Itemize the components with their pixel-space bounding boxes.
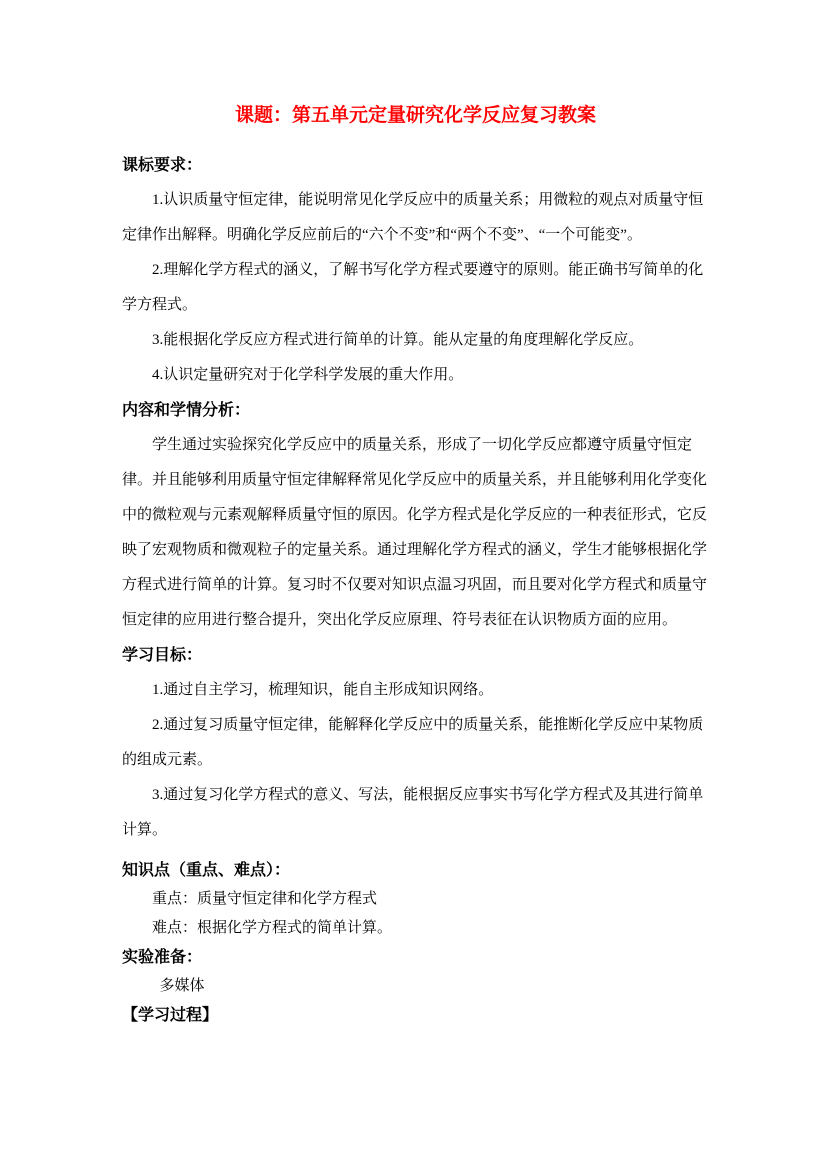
section-content-analysis: 内容和学情分析： 学生通过实验探究化学反应中的质量关系，形成了一切化学反应都遵守…: [122, 393, 709, 638]
paragraph-content-analysis: 学生通过实验探究化学反应中的质量关系，形成了一切化学反应都遵守质量守恒定律。并且…: [122, 428, 709, 638]
experiment-prep-item: 多媒体: [122, 972, 709, 1001]
section-learning-goals: 学习目标： 1.通过自主学习，梳理知识，能自主形成知识网络。 2.通过复习质量守…: [122, 638, 709, 848]
section-heading-content-analysis: 内容和学情分析：: [122, 393, 709, 428]
section-heading-learning-goals: 学习目标：: [122, 638, 709, 673]
section-experiment-prep: 实验准备： 多媒体: [122, 943, 709, 1001]
section-key-points: 知识点（重点、难点）： 重点：质量守恒定律和化学方程式 难点：根据化学方程式的简…: [122, 856, 709, 943]
section-heading-course-standards: 课标要求：: [122, 148, 709, 183]
paragraph-goal-3: 3.通过复习化学方程式的意义、写法，能根据反应事实书写化学方程式及其进行简单计算…: [122, 778, 709, 848]
section-learning-process: 【学习过程】: [122, 1001, 709, 1030]
key-point-difficulty: 难点：根据化学方程式的简单计算。: [122, 914, 709, 943]
paragraph-standard-3: 3.能根据化学反应方程式进行简单的计算。能从定量的角度理解化学反应。: [122, 323, 709, 358]
paragraph-goal-1: 1.通过自主学习，梳理知识，能自主形成知识网络。: [122, 673, 709, 708]
paragraph-goal-2: 2.通过复习质量守恒定律，能解释化学反应中的质量关系，能推断化学反应中某物质的组…: [122, 708, 709, 778]
document-page: 课题：第五单元定量研究化学反应复习教案 课标要求： 1.认识质量守恒定律，能说明…: [0, 0, 827, 1170]
section-heading-experiment-prep: 实验准备：: [122, 943, 709, 972]
document-title: 课题：第五单元定量研究化学反应复习教案: [122, 102, 709, 130]
key-point-emphasis: 重点：质量守恒定律和化学方程式: [122, 885, 709, 914]
paragraph-standard-2: 2.理解化学方程式的涵义，了解书写化学方程式要遵守的原则。能正确书写简单的化学方…: [122, 253, 709, 323]
section-heading-learning-process: 【学习过程】: [122, 1001, 709, 1030]
section-course-standards: 课标要求： 1.认识质量守恒定律，能说明常见化学反应中的质量关系；用微粒的观点对…: [122, 148, 709, 393]
paragraph-standard-1: 1.认识质量守恒定律，能说明常见化学反应中的质量关系；用微粒的观点对质量守恒定律…: [122, 183, 709, 253]
section-heading-key-points: 知识点（重点、难点）：: [122, 856, 709, 885]
paragraph-standard-4: 4.认识定量研究对于化学科学发展的重大作用。: [122, 358, 709, 393]
